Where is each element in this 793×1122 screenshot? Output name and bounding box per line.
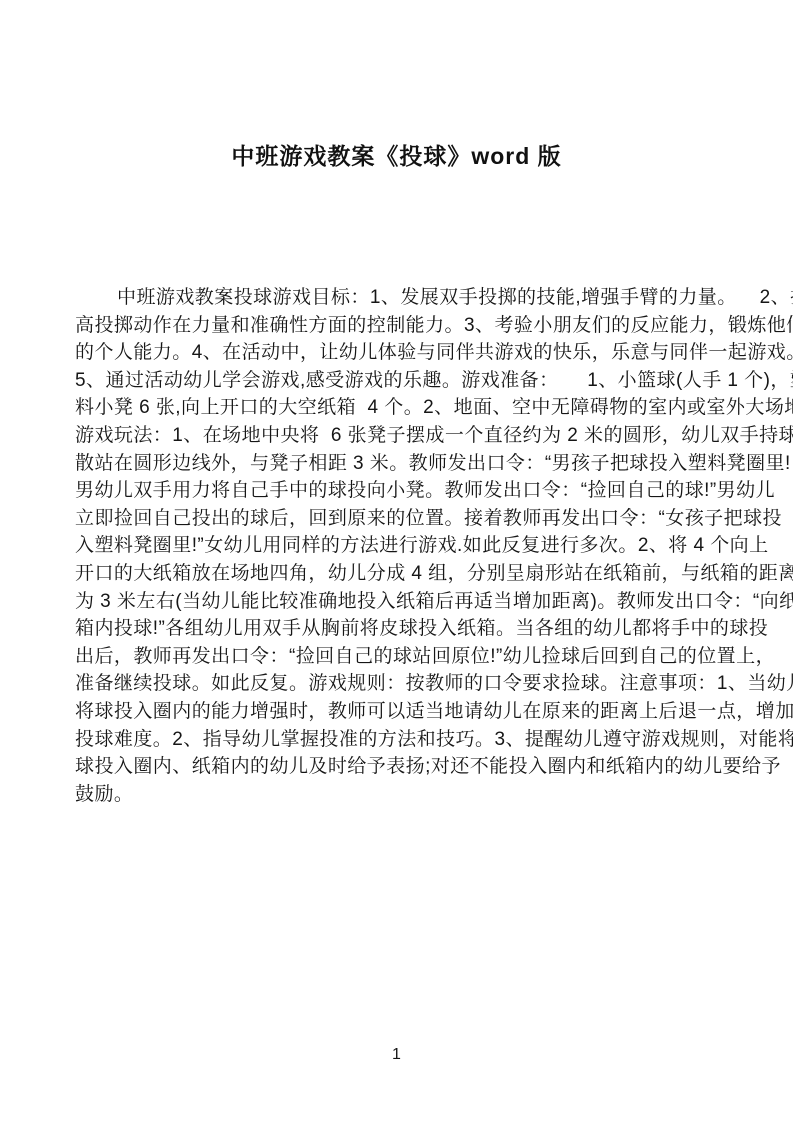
paragraph-line: 男幼儿双手用力将自己手中的球投向小凳。教师发出口令：“捡回自己的球!”男幼儿 [75,477,793,505]
paragraph-line: 游戏玩法：1、在场地中央将 6 张凳子摆成一个直径约为 2 米的圆形，幼儿双手持… [75,422,793,450]
paragraph-line: 5、通过活动幼儿学会游戏,感受游戏的乐趣。游戏准备： 1、小篮球(人手 1 个)… [75,367,793,395]
document-body: 中班游戏教案投球游戏目标：1、发展双手投掷的技能,增强手臂的力量。 2、提 高投… [75,284,793,808]
paragraph-line: 高投掷动作在力量和准确性方面的控制能力。3、考验小朋友们的反应能力，锻炼他们 [75,312,793,340]
paragraph-line: 开口的大纸箱放在场地四角，幼儿分成 4 组，分别呈扇形站在纸箱前，与纸箱的距离 [75,560,793,588]
paragraph-line: 投球难度。2、指导幼儿掌握投准的方法和技巧。3、提醒幼儿遵守游戏规则，对能将 [75,726,793,754]
paragraph-line: 中班游戏教案投球游戏目标：1、发展双手投掷的技能,增强手臂的力量。 2、提 [75,284,793,312]
paragraph-line: 立即捡回自己投出的球后，回到原来的位置。接着教师再发出口令：“女孩子把球投 [75,505,793,533]
paragraph-line: 球投入圈内、纸箱内的幼儿及时给予表扬;对还不能投入圈内和纸箱内的幼儿要给予 [75,753,793,781]
paragraph-line: 的个人能力。4、在活动中，让幼儿体验与同伴共游戏的快乐，乐意与同伴一起游戏。 [75,339,793,367]
paragraph-line: 料小凳 6 张,向上开口的大空纸箱 4 个。2、地面、空中无障碍物的室内或室外大… [75,394,793,422]
paragraph-line: 入塑料凳圈里!”女幼儿用同样的方法进行游戏.如此反复进行多次。2、将 4 个向上 [75,532,793,560]
document-page: 中班游戏教案《投球》word 版 中班游戏教案投球游戏目标：1、发展双手投掷的技… [0,0,793,1122]
paragraph-line: 出后，教师再发出口令：“捡回自己的球站回原位!”幼儿捡球后回到自己的位置上， [75,643,793,671]
paragraph-line: 将球投入圈内的能力增强时，教师可以适当地请幼儿在原来的距离上后退一点，增加 [75,698,793,726]
paragraph-line: 鼓励。 [75,781,793,809]
paragraph-line: 散站在圆形边线外，与凳子相距 3 米。教师发出口令：“男孩子把球投入塑料凳圈里! [75,450,793,478]
paragraph-line: 准备继续投球。如此反复。游戏规则：按教师的口令要求捡球。注意事项：1、当幼儿 [75,670,793,698]
page-number: 1 [0,1046,793,1064]
paragraph-line: 为 3 米左右(当幼儿能比较准确地投入纸箱后再适当增加距离)。教师发出口令：“向… [75,588,793,616]
document-title: 中班游戏教案《投球》word 版 [0,138,793,171]
paragraph-line: 箱内投球!”各组幼儿用双手从胸前将皮球投入纸箱。当各组的幼儿都将手中的球投 [75,615,793,643]
